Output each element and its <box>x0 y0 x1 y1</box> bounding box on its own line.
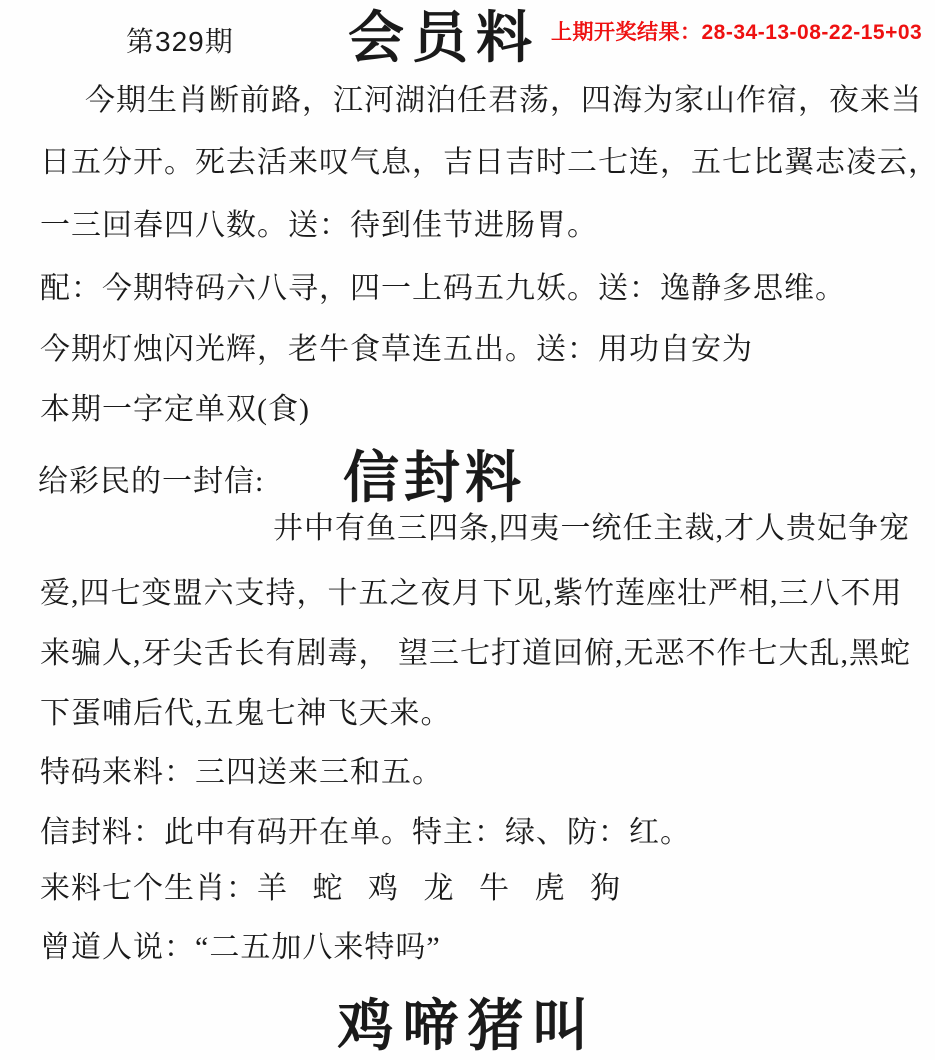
zodiac-label: 来料七个生肖： <box>40 872 257 905</box>
last-draw-result: 上期开奖结果：28-34-13-08-22-15+03 <box>551 16 922 46</box>
letter-intro: 给彩民的一封信: <box>38 456 264 500</box>
quote-line: 曾道人说：“二五加八来特吗” <box>40 931 441 964</box>
member-danshuang-line: 本期一字定单双(食) <box>40 393 310 426</box>
letter-verse-line-1: 井中有鱼三四条,四夷一统任主裁,才人贵妃争宠 <box>273 512 910 545</box>
letter-verse-line-2: 爱,四七变盟六支持，十五之夜月下见,紫竹莲座壮严相,三八不用 <box>40 577 903 610</box>
letter-verse-line-4: 下蛋哺后代,五鬼七神飞天来。 <box>40 697 452 730</box>
issue-number: 第329期 <box>126 20 234 60</box>
member-lantern-line: 今期灯烛闪光辉，老牛食草连五出。送：用功自安为 <box>40 333 753 366</box>
envelope-tip-line: 信封料：此中有码开在单。特主：绿、防：红。 <box>40 816 691 849</box>
page-title: 会员料 <box>348 0 540 74</box>
zodiac-line: 来料七个生肖：羊 蛇 鸡 龙 牛 虎 狗 <box>40 872 622 905</box>
letter-verse-line-3: 来骗人,牙尖舌长有剧毒， 望三七打道回俯,无恶不作七大乱,黑蛇 <box>40 637 911 670</box>
zodiac-list: 羊 蛇 鸡 龙 牛 虎 狗 <box>257 872 622 905</box>
lottery-tip-sheet: 第329期 会员料 上期开奖结果：28-34-13-08-22-15+03 今期… <box>0 0 935 1060</box>
member-verse-line-3: 一三回春四八数。送：待到佳节进肠胃。 <box>40 209 598 242</box>
member-verse-line-2: 日五分开。死去活来叹气息，吉日吉时二七连，五七比翼志凌云， <box>40 146 935 179</box>
letter-section-title: 信封料 <box>343 434 526 514</box>
member-verse-line-1: 今期生肖断前路，江河湖泊任君荡，四海为家山作宿，夜来当 <box>40 84 922 117</box>
prediction-title: 鸡啼猪叫 <box>0 982 935 1060</box>
tema-tip-line: 特码来料：三四送来三和五。 <box>40 756 443 789</box>
last-draw-numbers: 28-34-13-08-22-15+03 <box>702 21 923 44</box>
last-draw-label: 上期开奖结果： <box>551 21 702 44</box>
member-pei-line: 配：今期特码六八寻，四一上码五九妖。送：逸静多思维。 <box>40 272 846 305</box>
